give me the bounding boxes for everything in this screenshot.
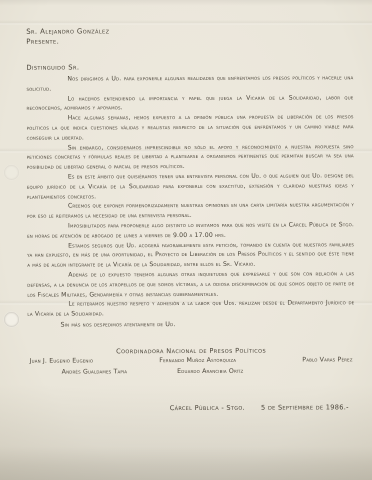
paper-crease <box>0 20 372 25</box>
paragraph-1: Nos dirigimos a Ud. para exponerle algun… <box>26 73 353 94</box>
place-text: Cárcel Pública - Stgo. <box>170 404 245 412</box>
signatory-name: Juan J. Eugenio Eugenio <box>30 355 94 366</box>
hole-punch <box>4 165 19 180</box>
handwritten-letter-page: Sr. Alejandro González Presente. Disting… <box>0 0 372 480</box>
paragraph-2: Lo hacemos entendiendo la importancia y … <box>26 93 353 114</box>
paragraph-8: Estamos seguros que Ud. acogerá favorabl… <box>27 240 354 271</box>
recipient-block: Sr. Alejandro González Presente. <box>26 25 353 46</box>
signatory-name: Pablo Varas Pérez <box>302 354 352 365</box>
signatories-row-2: Andrés Gualdames Tapia Eduardo Arancibia… <box>28 365 355 377</box>
farewell-line: Sin más nos despedimos atentamente de Ud… <box>27 319 354 328</box>
hole-punch <box>4 312 19 327</box>
signatories-row-1: Juan J. Eugenio Eugenio Fernando Muñoz A… <box>28 354 355 366</box>
signatory-name: Eduardo Arancibia Ortíz <box>177 366 243 377</box>
signatory-name: Fernando Muñoz Astorquiza <box>159 355 236 366</box>
paragraph-9: Además de lo expuesto tenemos algunas ot… <box>27 269 354 300</box>
signatory-name: Andrés Gualdames Tapia <box>62 366 128 377</box>
paragraph-7: Imposibilitados para proponerle algo dis… <box>27 220 354 241</box>
salutation: Distinguido Sr. <box>26 62 353 71</box>
recipient-presente: Presente. <box>26 35 353 46</box>
letter-text: Sr. Alejandro González Presente. Disting… <box>26 25 355 412</box>
paragraph-4: Sin embargo, consideramos imprescindible… <box>27 142 354 173</box>
place-date-line: Cárcel Pública - Stgo. 5 de Septiembre d… <box>28 403 355 412</box>
paragraph-10: Le reiteramos nuestro respeto y adhesión… <box>27 299 354 320</box>
date-text: 5 de Septiembre de 1986.- <box>261 403 349 411</box>
paragraph-6: Creemos que exponer pormenorizadamente n… <box>27 201 354 222</box>
letter-body: Nos dirigimos a Ud. para exponerle algun… <box>26 73 354 319</box>
paragraph-5: Es en este ámbito que quisiéramos tener … <box>27 171 354 202</box>
paragraph-3: Hace algunas semanas, hemos expuesto a l… <box>27 112 354 143</box>
